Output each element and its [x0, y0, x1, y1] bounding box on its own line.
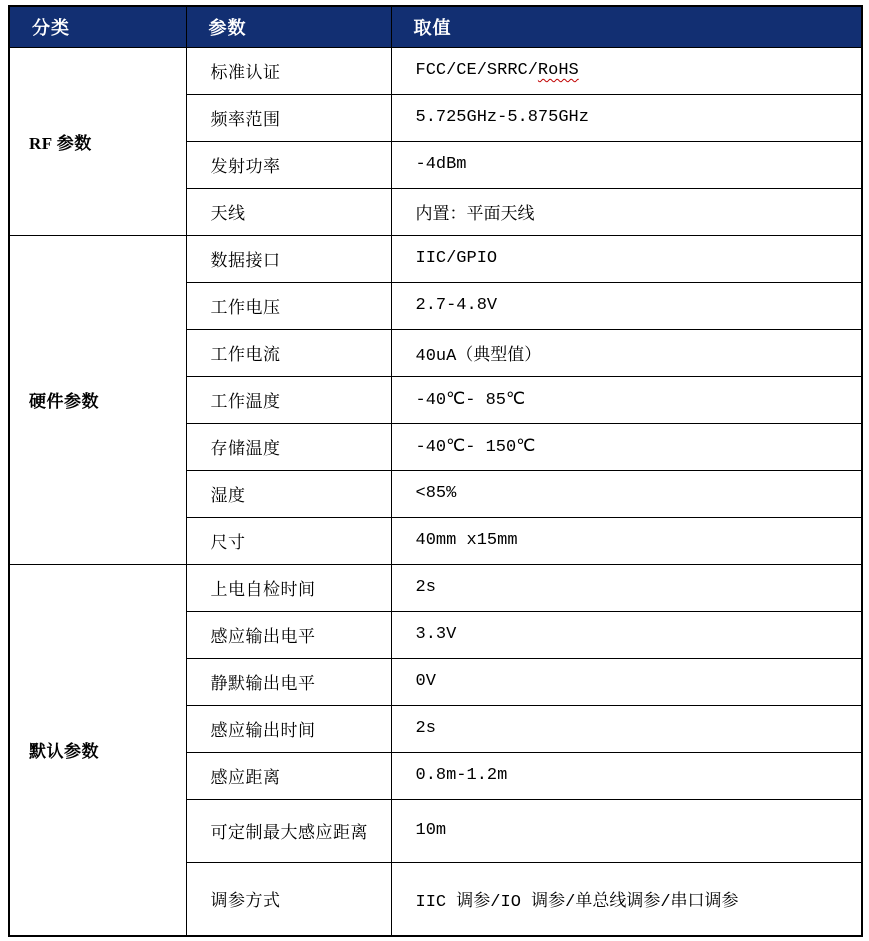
category-cell: 硬件参数 — [9, 235, 186, 564]
category-cell: RF 参数 — [9, 47, 186, 235]
param-cell: 工作温度 — [186, 376, 391, 423]
value-cell: IIC/GPIO — [391, 235, 862, 282]
value-text: -4dBm — [416, 155, 467, 174]
param-cell: 频率范围 — [186, 94, 391, 141]
value-cell: 0.8m-1.2m — [391, 752, 862, 799]
value-text: 2.7-4.8V — [416, 296, 498, 315]
value-cell: FCC/CE/SRRC/RoHS — [391, 47, 862, 94]
param-cell: 感应距离 — [186, 752, 391, 799]
param-cell: 存储温度 — [186, 423, 391, 470]
value-text: 10m — [416, 821, 447, 840]
value-text: IIC 调参/IO 调参/单总线调参/串口调参 — [416, 893, 739, 912]
col-header-category: 分类 — [9, 6, 186, 47]
param-cell: 天线 — [186, 188, 391, 235]
table-row: 硬件参数数据接口IIC/GPIO — [9, 235, 862, 282]
header-row: 分类 参数 取值 — [9, 6, 862, 47]
value-cell: -4dBm — [391, 141, 862, 188]
value-cell: 2.7-4.8V — [391, 282, 862, 329]
value-text: -40℃- 85℃ — [416, 391, 526, 410]
table-row: 默认参数上电自检时间2s — [9, 564, 862, 611]
value-cell: 40mm x15mm — [391, 517, 862, 564]
spellcheck-underlined-text: RoHS — [538, 61, 579, 80]
param-cell: 上电自检时间 — [186, 564, 391, 611]
value-cell: 40uA（典型值） — [391, 329, 862, 376]
param-cell: 标准认证 — [186, 47, 391, 94]
value-cell: 10m — [391, 799, 862, 862]
value-text: FCC/CE/SRRC/ — [416, 61, 538, 80]
table-row: RF 参数标准认证FCC/CE/SRRC/RoHS — [9, 47, 862, 94]
table-body: RF 参数标准认证FCC/CE/SRRC/RoHS频率范围5.725GHz-5.… — [9, 47, 862, 936]
col-header-param: 参数 — [186, 6, 391, 47]
param-cell: 数据接口 — [186, 235, 391, 282]
value-text: 40mm x15mm — [416, 531, 518, 550]
param-cell: 可定制最大感应距离 — [186, 799, 391, 862]
table-header: 分类 参数 取值 — [9, 6, 862, 47]
param-cell: 静默输出电平 — [186, 658, 391, 705]
value-text: 0V — [416, 672, 436, 691]
value-text: 2s — [416, 578, 436, 597]
param-cell: 发射功率 — [186, 141, 391, 188]
value-cell: 3.3V — [391, 611, 862, 658]
value-cell: 0V — [391, 658, 862, 705]
value-cell: 内置：平面天线 — [391, 188, 862, 235]
spec-table: 分类 参数 取值 RF 参数标准认证FCC/CE/SRRC/RoHS频率范围5.… — [8, 5, 863, 937]
value-text: 3.3V — [416, 625, 457, 644]
param-cell: 尺寸 — [186, 517, 391, 564]
param-cell: 感应输出时间 — [186, 705, 391, 752]
col-header-value: 取值 — [391, 6, 862, 47]
value-text: 2s — [416, 719, 436, 738]
value-text: 内置：平面天线 — [416, 206, 535, 225]
value-text: 5.725GHz-5.875GHz — [416, 108, 589, 127]
value-cell: 2s — [391, 705, 862, 752]
param-cell: 工作电流 — [186, 329, 391, 376]
value-cell: <85% — [391, 470, 862, 517]
document-page: 分类 参数 取值 RF 参数标准认证FCC/CE/SRRC/RoHS频率范围5.… — [0, 0, 869, 941]
param-cell: 湿度 — [186, 470, 391, 517]
value-cell: IIC 调参/IO 调参/单总线调参/串口调参 — [391, 862, 862, 936]
value-text: -40℃- 150℃ — [416, 438, 536, 457]
value-cell: 2s — [391, 564, 862, 611]
category-cell: 默认参数 — [9, 564, 186, 936]
param-cell: 感应输出电平 — [186, 611, 391, 658]
param-cell: 工作电压 — [186, 282, 391, 329]
value-text: 40uA（典型值） — [416, 347, 542, 366]
value-cell: 5.725GHz-5.875GHz — [391, 94, 862, 141]
value-cell: -40℃- 150℃ — [391, 423, 862, 470]
param-cell: 调参方式 — [186, 862, 391, 936]
value-cell: -40℃- 85℃ — [391, 376, 862, 423]
value-text: <85% — [416, 484, 457, 503]
value-text: IIC/GPIO — [416, 249, 498, 268]
value-text: 0.8m-1.2m — [416, 766, 508, 785]
